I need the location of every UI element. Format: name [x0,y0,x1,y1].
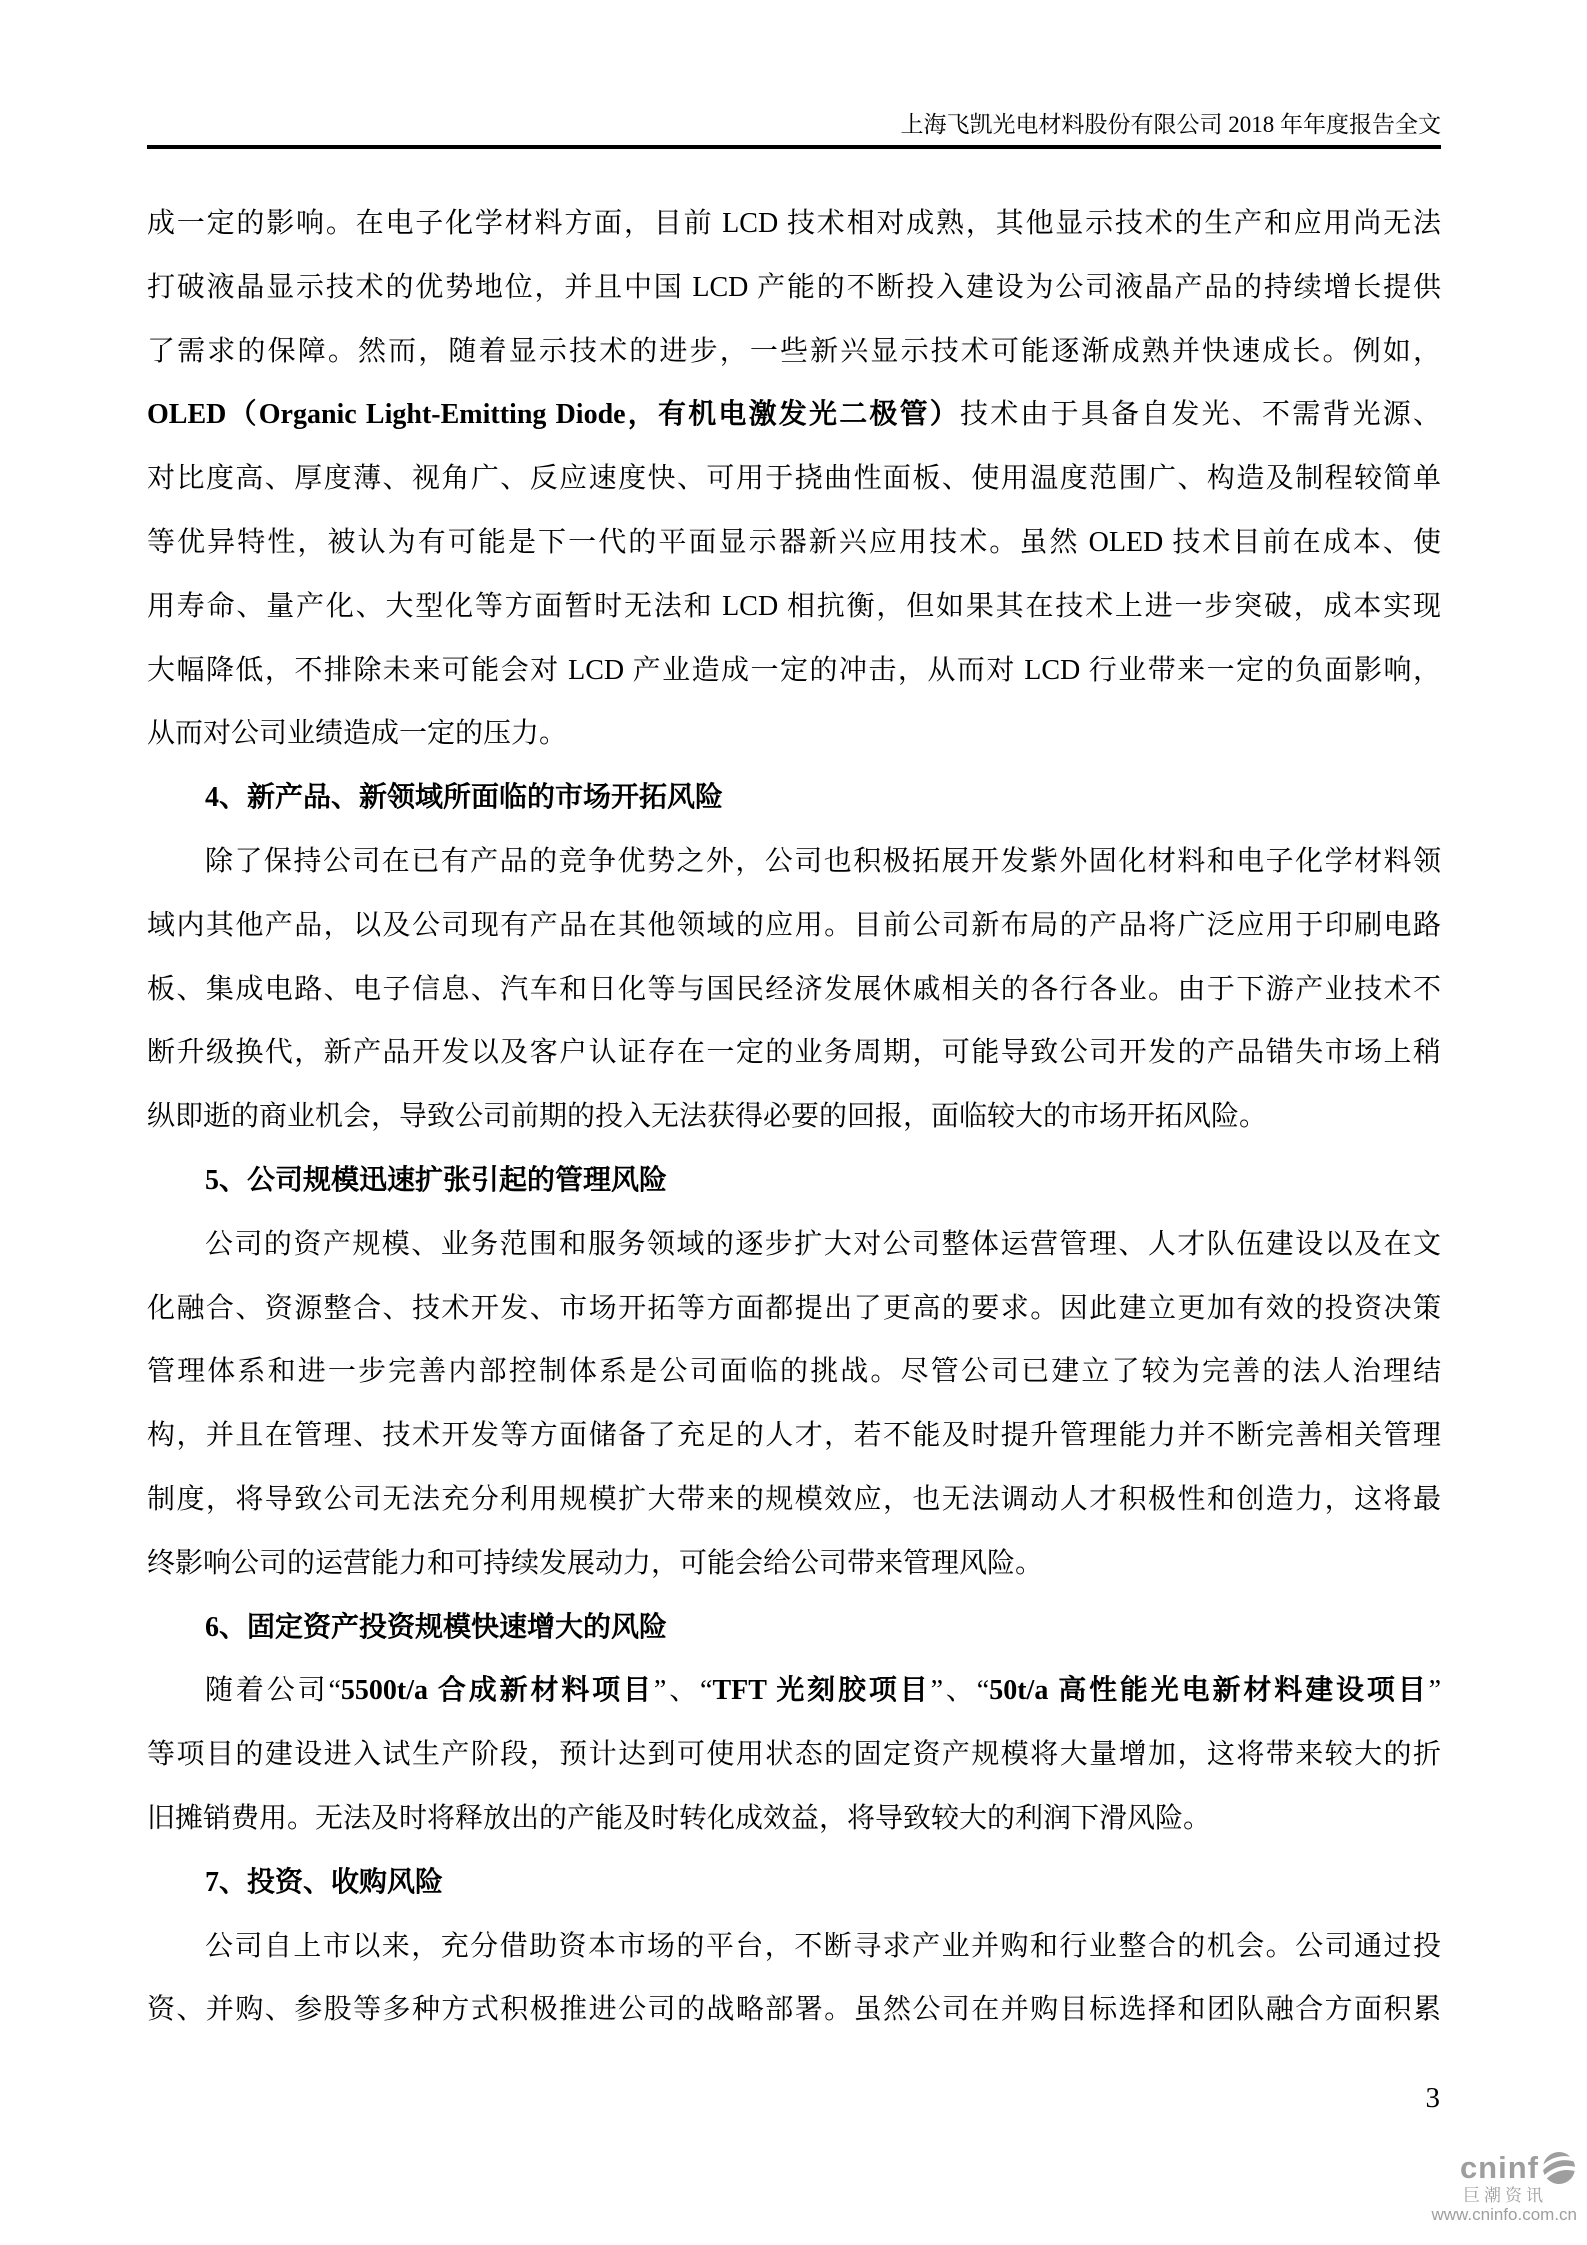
section-heading: 7、投资、收购风险 [147,1851,1441,1915]
text-line: 板、集成电路、电子信息、汽车和日化等与国民经济发展休戚相关的各行各业。由于下游产… [147,958,1441,1022]
cninfo-brand-text: cninf [1460,2151,1539,2185]
section-heading: 6、固定资产投资规模快速增大的风险 [147,1596,1441,1660]
text-line: OLED（Organic Light-Emitting Diode，有机电激发光… [147,383,1441,447]
text-line: 成一定的影响。在电子化学材料方面，目前 LCD 技术相对成熟，其他显示技术的生产… [147,192,1441,256]
section-heading: 4、新产品、新领域所面临的市场开拓风险 [147,766,1441,830]
page-header-title: 上海飞凯光电材料股份有限公司 2018 年年度报告全文 [901,110,1442,140]
cninfo-chinese-name: 巨潮资讯 [1407,2186,1547,2205]
header-rule [147,145,1441,149]
text-line: 旧摊销费用。无法及时将释放出的产能及时转化成效益，将导致较大的利润下滑风险。 [147,1787,1441,1851]
cninfo-url: www.cninfo.com.cn [1407,2205,1577,2224]
text-line: 从而对公司业绩造成一定的压力。 [147,702,1441,766]
text-line: 随着公司“5500t/a 合成新材料项目”、“TFT 光刻胶项目”、“50t/a… [147,1659,1441,1723]
text-line: 化融合、资源整合、技术开发、市场开拓等方面都提出了更高的要求。因此建立更加有效的… [147,1277,1441,1341]
text-line: 对比度高、厚度薄、视角广、反应速度快、可用于挠曲性面板、使用温度范围广、构造及制… [147,447,1441,511]
text-line: 资、并购、参股等多种方式积极推进公司的战略部署。虽然公司在并购目标选择和团队融合… [147,1978,1441,2042]
text-line: 构，并且在管理、技术开发等方面储备了充足的人才，若不能及时提升管理能力并不断完善… [147,1404,1441,1468]
text-line: 终影响公司的运营能力和可持续发展动力，可能会给公司带来管理风险。 [147,1532,1441,1596]
cninfo-swirl-icon [1538,2147,1581,2190]
text-line: 了需求的保障。然而，随着显示技术的进步，一些新兴显示技术可能逐渐成熟并快速成长。… [147,320,1441,384]
text-line: 等优异特性，被认为有可能是下一代的平面显示器新兴应用技术。虽然 OLED 技术目… [147,511,1441,575]
text-line: 等项目的建设进入试生产阶段，预计达到可使用状态的固定资产规模将大量增加，这将带来… [147,1723,1441,1787]
page-number: 3 [1340,2082,1440,2115]
cninfo-logo: cninf 巨潮资讯 www.cninfo.com.cn [1407,2150,1577,2224]
text-line: 大幅降低，不排除未来可能会对 LCD 产业造成一定的冲击，从而对 LCD 行业带… [147,639,1441,703]
section-heading: 5、公司规模迅速扩张引起的管理风险 [147,1149,1441,1213]
text-line: 纵即逝的商业机会，导致公司前期的投入无法获得必要的回报，面临较大的市场开拓风险。 [147,1085,1441,1149]
text-line: 制度，将导致公司无法充分利用规模扩大带来的规模效应，也无法调动人才积极性和创造力… [147,1468,1441,1532]
document-body: 成一定的影响。在电子化学材料方面，目前 LCD 技术相对成熟，其他显示技术的生产… [147,192,1441,2042]
document-page: 上海飞凯光电材料股份有限公司 2018 年年度报告全文 成一定的影响。在电子化学… [0,0,1587,2245]
cninfo-logo-top: cninf [1407,2150,1577,2186]
text-line: 打破液晶显示技术的优势地位，并且中国 LCD 产能的不断投入建设为公司液晶产品的… [147,256,1441,320]
text-line: 公司自上市以来，充分借助资本市场的平台，不断寻求产业并购和行业整合的机会。公司通… [147,1915,1441,1979]
text-line: 管理体系和进一步完善内部控制体系是公司面临的挑战。尽管公司已建立了较为完善的法人… [147,1340,1441,1404]
text-line: 用寿命、量产化、大型化等方面暂时无法和 LCD 相抗衡，但如果其在技术上进一步突… [147,575,1441,639]
text-line: 断升级换代，新产品开发以及客户认证存在一定的业务周期，可能导致公司开发的产品错失… [147,1021,1441,1085]
text-line: 域内其他产品，以及公司现有产品在其他领域的应用。目前公司新布局的产品将广泛应用于… [147,894,1441,958]
text-line: 公司的资产规模、业务范围和服务领域的逐步扩大对公司整体运营管理、人才队伍建设以及… [147,1213,1441,1277]
text-line: 除了保持公司在已有产品的竞争优势之外，公司也积极拓展开发紫外固化材料和电子化学材… [147,830,1441,894]
